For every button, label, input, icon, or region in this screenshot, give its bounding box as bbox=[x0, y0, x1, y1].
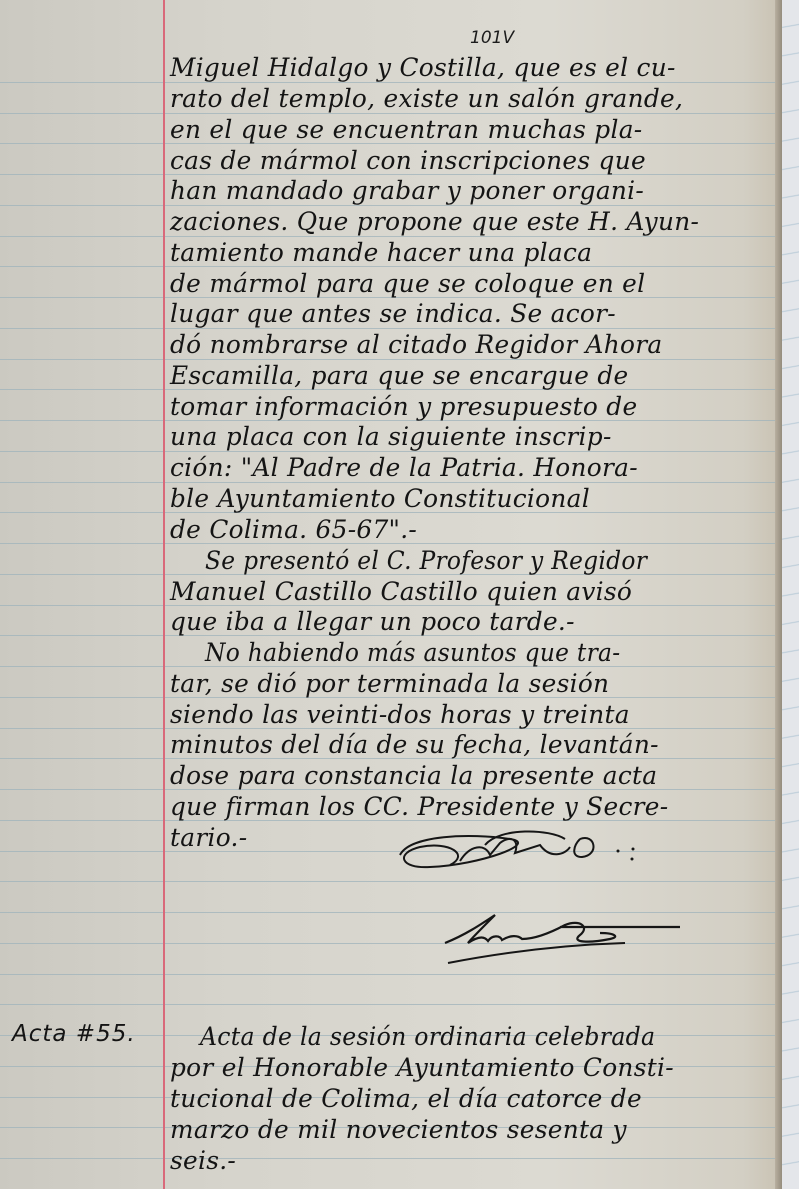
text-line: Escamilla, para que se encargue de bbox=[170, 361, 770, 391]
secretario-signature bbox=[440, 905, 710, 975]
text-line: ción: "Al Padre de la Patria. Honora- bbox=[170, 453, 770, 483]
text-line: seis.- bbox=[170, 1146, 770, 1176]
text-line: que firman los CC. Presidente y Secre- bbox=[170, 792, 770, 822]
text-line: lugar que antes se indica. Se acor- bbox=[170, 299, 770, 329]
text-line: de Colima. 65-67".- bbox=[170, 515, 770, 545]
text-line: que iba a llegar un poco tarde.- bbox=[170, 607, 770, 637]
text-line: minutos del día de su fecha, levantán- bbox=[170, 730, 770, 760]
text-line: por el Honorable Ayuntamiento Consti- bbox=[170, 1053, 770, 1083]
text-line: una placa con la siguiente inscrip- bbox=[170, 422, 770, 452]
text-line: han mandado grabar y poner organi- bbox=[170, 176, 770, 206]
rule-line bbox=[0, 1004, 782, 1005]
text-line: en el que se encuentran muchas pla- bbox=[170, 115, 770, 145]
margin-line bbox=[163, 0, 165, 1189]
text-line: zaciones. Que propone que este H. Ayun- bbox=[170, 207, 770, 237]
text-line: marzo de mil novecientos sesenta y bbox=[170, 1115, 770, 1145]
text-line: tomar información y presupuesto de bbox=[170, 392, 770, 422]
text-line: Miguel Hidalgo y Costilla, que es el cu- bbox=[170, 53, 770, 83]
text-line: Acta de la sesión ordinaria celebrada bbox=[200, 1022, 770, 1052]
text-line: cas de mármol con inscripciones que bbox=[170, 146, 770, 176]
underlying-page bbox=[782, 0, 799, 1189]
text-line: dose para constancia la presente acta bbox=[170, 761, 770, 791]
text-line: dó nombrarse al citado Regidor Ahora bbox=[170, 330, 770, 360]
presidente-signature bbox=[390, 825, 650, 885]
text-line: Se presentó el C. Profesor y Regidor bbox=[205, 546, 770, 576]
acta-number-label: Acta #55. bbox=[12, 1021, 136, 1047]
text-line: siendo las veinti-dos horas y treinta bbox=[170, 700, 770, 730]
text-line: tamiento mande hacer una placa bbox=[170, 238, 770, 268]
text-line: de mármol para que se coloque en el bbox=[170, 269, 770, 299]
page-number: 101V bbox=[470, 28, 514, 48]
text-line: Manuel Castillo Castillo quien avisó bbox=[170, 577, 770, 607]
ledger-page: 101V Miguel Hidalgo y Costilla, que es e… bbox=[0, 0, 782, 1189]
text-line: rato del templo, existe un salón grande, bbox=[170, 84, 770, 114]
text-line: tucional de Colima, el día catorce de bbox=[170, 1084, 770, 1114]
text-line: ble Ayuntamiento Constitucional bbox=[170, 484, 770, 514]
text-line: tar, se dió por terminada la sesión bbox=[170, 669, 770, 699]
text-line: No habiendo más asuntos que tra- bbox=[205, 638, 770, 668]
